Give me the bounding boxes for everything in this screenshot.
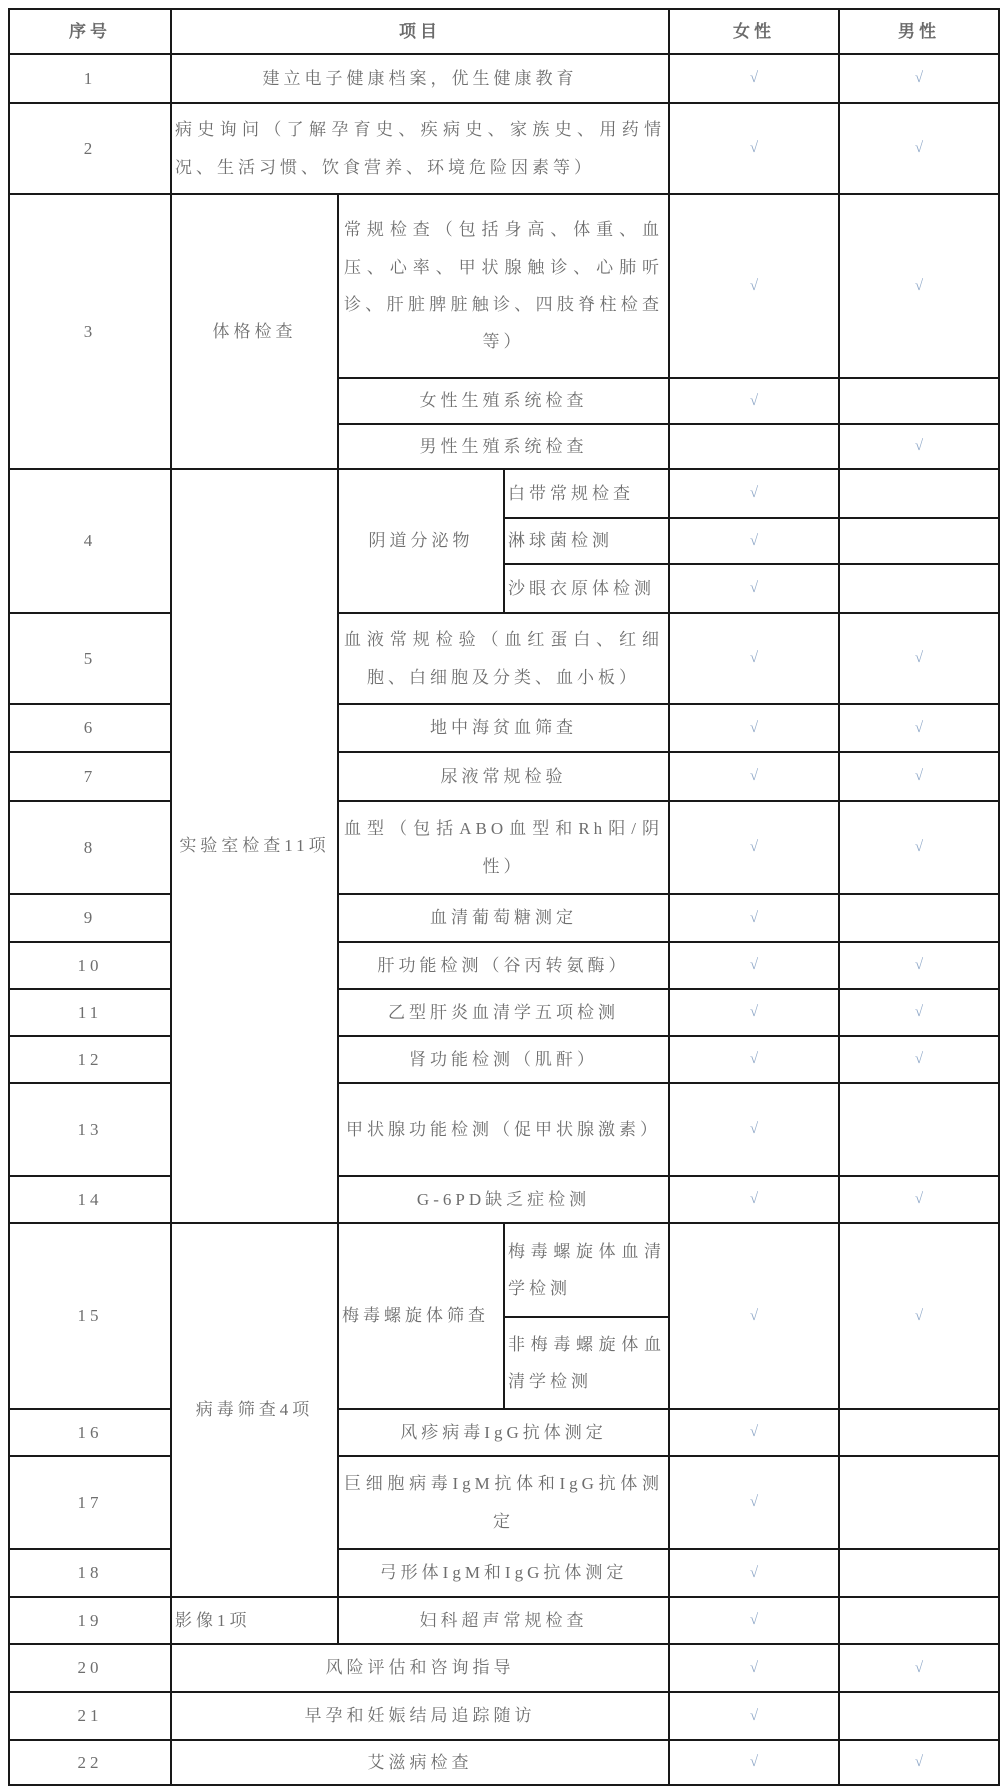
male-cell-4-2 (839, 518, 999, 564)
header-female: 女性 (669, 9, 839, 54)
seq-cell-19: 19 (9, 1597, 171, 1644)
seq-cell-18: 18 (9, 1549, 171, 1597)
item-cell-21: 早孕和妊娠结局追踪随访 (171, 1692, 669, 1740)
female-cell-3-2: √ (669, 378, 839, 424)
male-cell-10: √ (839, 942, 999, 989)
male-cell-1: √ (839, 54, 999, 103)
female-cell-3-1: √ (669, 194, 839, 378)
category-cell-lab-tests: 实验室检查11项 (171, 469, 338, 1223)
seq-cell-9: 9 (9, 894, 171, 942)
male-cell-9 (839, 894, 999, 942)
item-cell-3-2: 女性生殖系统检查 (338, 378, 669, 424)
male-cell-19 (839, 1597, 999, 1644)
seq-cell-3: 3 (9, 194, 171, 469)
item-cell-4-3: 沙眼衣原体检测 (504, 564, 669, 613)
item-cell-6: 地中海贫血筛查 (338, 704, 669, 752)
group-cell-syphilis-screening: 梅毒螺旋体筛查 (338, 1223, 504, 1409)
document-page: 序号 项目 女性 男性 1 建立电子健康档案，优生健康教育 √ √ 2 病史询问… (8, 8, 1000, 1786)
male-cell-11: √ (839, 989, 999, 1036)
female-cell-9: √ (669, 894, 839, 942)
female-cell-19: √ (669, 1597, 839, 1644)
male-cell-13 (839, 1083, 999, 1176)
male-cell-14: √ (839, 1176, 999, 1223)
header-seq: 序号 (9, 9, 171, 54)
item-cell-7: 尿液常规检验 (338, 752, 669, 801)
seq-cell-1: 1 (9, 54, 171, 103)
male-cell-6: √ (839, 704, 999, 752)
item-cell-19: 妇科超声常规检查 (338, 1597, 669, 1644)
female-cell-11: √ (669, 989, 839, 1036)
category-cell-physical-exam: 体格检查 (171, 194, 338, 469)
male-cell-3-2 (839, 378, 999, 424)
item-cell-20: 风险评估和咨询指导 (171, 1644, 669, 1692)
male-cell-7: √ (839, 752, 999, 801)
female-cell-10: √ (669, 942, 839, 989)
male-cell-4-3 (839, 564, 999, 613)
seq-cell-22: 22 (9, 1740, 171, 1785)
seq-cell-21: 21 (9, 1692, 171, 1740)
female-cell-6: √ (669, 704, 839, 752)
male-cell-17 (839, 1456, 999, 1549)
female-cell-15: √ (669, 1223, 839, 1409)
female-cell-22: √ (669, 1740, 839, 1785)
male-cell-5: √ (839, 613, 999, 704)
male-cell-3-3: √ (839, 424, 999, 469)
male-cell-16 (839, 1409, 999, 1456)
item-cell-8: 血型（包括ABO血型和Rh阳/阴性） (338, 801, 669, 894)
seq-cell-16: 16 (9, 1409, 171, 1456)
item-cell-9: 血清葡萄糖测定 (338, 894, 669, 942)
seq-cell-15: 15 (9, 1223, 171, 1409)
female-cell-1: √ (669, 54, 839, 103)
category-cell-imaging: 影像1项 (171, 1597, 338, 1644)
item-cell-16: 风疹病毒IgG抗体测定 (338, 1409, 669, 1456)
item-cell-12: 肾功能检测（肌酐） (338, 1036, 669, 1083)
seq-cell-20: 20 (9, 1644, 171, 1692)
seq-cell-13: 13 (9, 1083, 171, 1176)
female-cell-17: √ (669, 1456, 839, 1549)
seq-cell-10: 10 (9, 942, 171, 989)
item-cell-15-2: 非梅毒螺旋体血清学检测 (504, 1317, 669, 1409)
female-cell-4-1: √ (669, 469, 839, 518)
seq-cell-5: 5 (9, 613, 171, 704)
female-cell-5: √ (669, 613, 839, 704)
item-cell-4-2: 淋球菌检测 (504, 518, 669, 564)
seq-cell-2: 2 (9, 103, 171, 194)
seq-cell-7: 7 (9, 752, 171, 801)
male-cell-2: √ (839, 103, 999, 194)
item-cell-11: 乙型肝炎血清学五项检测 (338, 989, 669, 1036)
header-male: 男性 (839, 9, 999, 54)
male-cell-15: √ (839, 1223, 999, 1409)
male-cell-12: √ (839, 1036, 999, 1083)
item-cell-4-1: 白带常规检查 (504, 469, 669, 518)
item-cell-3-1: 常规检查（包括身高、体重、血压、心率、甲状腺触诊、心肺听诊、肝脏脾脏触诊、四肢脊… (338, 194, 669, 378)
item-cell-18: 弓形体IgM和IgG抗体测定 (338, 1549, 669, 1597)
seq-cell-8: 8 (9, 801, 171, 894)
item-cell-3-3: 男性生殖系统检查 (338, 424, 669, 469)
male-cell-22: √ (839, 1740, 999, 1785)
female-cell-8: √ (669, 801, 839, 894)
item-cell-17: 巨细胞病毒IgM抗体和IgG抗体测定 (338, 1456, 669, 1549)
female-cell-4-3: √ (669, 564, 839, 613)
female-cell-4-2: √ (669, 518, 839, 564)
item-cell-2: 病史询问（了解孕育史、疾病史、家族史、用药情况、生活习惯、饮食营养、环境危险因素… (171, 103, 669, 194)
female-cell-7: √ (669, 752, 839, 801)
item-cell-5: 血液常规检验（血红蛋白、红细胞、白细胞及分类、血小板） (338, 613, 669, 704)
female-cell-18: √ (669, 1549, 839, 1597)
category-cell-virus-screening: 病毒筛查4项 (171, 1223, 338, 1597)
header-item: 项目 (171, 9, 669, 54)
male-cell-4-1 (839, 469, 999, 518)
item-cell-13: 甲状腺功能检测（促甲状腺激素） (338, 1083, 669, 1176)
seq-cell-11: 11 (9, 989, 171, 1036)
male-cell-20: √ (839, 1644, 999, 1692)
item-cell-22: 艾滋病检查 (171, 1740, 669, 1785)
female-cell-2: √ (669, 103, 839, 194)
seq-cell-14: 14 (9, 1176, 171, 1223)
female-cell-21: √ (669, 1692, 839, 1740)
male-cell-8: √ (839, 801, 999, 894)
female-cell-12: √ (669, 1036, 839, 1083)
seq-cell-6: 6 (9, 704, 171, 752)
seq-cell-4: 4 (9, 469, 171, 613)
female-cell-3-3 (669, 424, 839, 469)
female-cell-20: √ (669, 1644, 839, 1692)
male-cell-3-1: √ (839, 194, 999, 378)
female-cell-16: √ (669, 1409, 839, 1456)
item-cell-1: 建立电子健康档案，优生健康教育 (171, 54, 669, 103)
group-cell-vaginal-secretion: 阴道分泌物 (338, 469, 504, 613)
male-cell-21 (839, 1692, 999, 1740)
checkup-items-table: 序号 项目 女性 男性 1 建立电子健康档案，优生健康教育 √ √ 2 病史询问… (8, 8, 1000, 1786)
item-cell-15-1: 梅毒螺旋体血清学检测 (504, 1223, 669, 1317)
female-cell-14: √ (669, 1176, 839, 1223)
male-cell-18 (839, 1549, 999, 1597)
seq-cell-17: 17 (9, 1456, 171, 1549)
item-cell-14: G-6PD缺乏症检测 (338, 1176, 669, 1223)
female-cell-13: √ (669, 1083, 839, 1176)
item-cell-10: 肝功能检测（谷丙转氨酶） (338, 942, 669, 989)
seq-cell-12: 12 (9, 1036, 171, 1083)
